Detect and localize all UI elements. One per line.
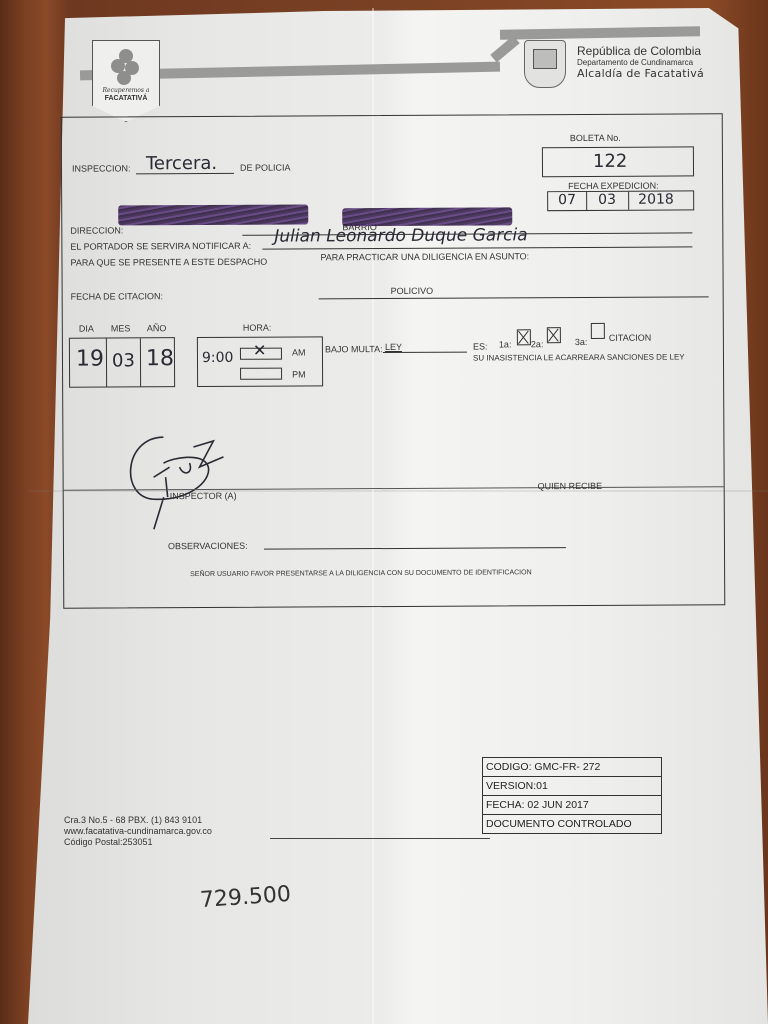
footer-address: Cra.3 No.5 - 68 PBX. (1) 843 9101 xyxy=(64,815,212,826)
boleta-number: 122 xyxy=(593,151,627,172)
inasistencia-warning: SU INASISTENCIA LE ACARREARA SANCIONES D… xyxy=(473,352,685,362)
pm-checkbox[interactable] xyxy=(240,368,282,380)
version-text: VERSION:01 xyxy=(483,777,661,796)
document-control-box: CODIGO: GMC-FR- 272 VERSION:01 FECHA: 02… xyxy=(482,757,662,834)
citation-form: BOLETA No. 122 FECHA EXPEDICION: 07 03 2… xyxy=(61,113,726,608)
government-header: República de Colombia Departamento de Cu… xyxy=(577,44,704,80)
citacion-month: 03 xyxy=(112,350,135,371)
am-label: AM xyxy=(292,347,306,357)
boleta-label: BOLETA No. xyxy=(570,133,621,143)
dia-label: DIA xyxy=(79,324,94,334)
direccion-label: DIRECCION: xyxy=(70,225,123,235)
pm-label: PM xyxy=(292,369,306,379)
footer-contact: Cra.3 No.5 - 68 PBX. (1) 843 9101 www.fa… xyxy=(64,815,212,848)
aviso-documento: SEÑOR USUARIO FAVOR PRESENTARSE A LA DIL… xyxy=(190,569,532,578)
am-checkbox[interactable]: ✕ xyxy=(240,348,282,360)
citacion-year: 18 xyxy=(146,346,174,371)
footer-divider xyxy=(270,838,490,839)
fecha-citacion-label: FECHA DE CITACION: xyxy=(71,291,163,301)
fecha-text: FECHA: 02 JUN 2017 xyxy=(483,796,661,815)
anio-label: AÑO xyxy=(147,323,167,333)
quien-recibe-label: QUIEN RECIBE xyxy=(538,481,603,491)
presente-label: PARA QUE SE PRESENTE A ESTE DESPACHO xyxy=(70,257,267,268)
inspeccion-value: Tercera. xyxy=(146,153,217,174)
redacted-direccion xyxy=(118,204,308,225)
municipality-name: Alcaldía de Facatativá xyxy=(577,67,704,80)
fecha-expedicion-box: 07 03 2018 xyxy=(547,190,694,211)
mes-label: MES xyxy=(111,323,131,333)
fecha-citacion-box: 19 03 18 xyxy=(69,337,175,388)
segunda-checkbox[interactable] xyxy=(547,327,561,343)
inspeccion-label: INSPECCION: xyxy=(72,163,131,173)
hora-label: HORA: xyxy=(243,323,272,333)
logo-emblem-icon xyxy=(111,49,141,85)
fecha-exp-month: 03 xyxy=(598,192,616,208)
segunda-label: 2a: xyxy=(531,339,544,349)
diligencia-label: PARA PRACTICAR UNA DILIGENCIA EN ASUNTO: xyxy=(320,251,529,262)
department-name: Departamento de Cundinamarca xyxy=(577,58,704,67)
primera-checkbox[interactable] xyxy=(517,329,531,345)
asunto-value: POLICIVO xyxy=(391,286,434,296)
logo-name: FACATATIVÁ xyxy=(95,95,157,102)
redacted-barrio xyxy=(342,207,512,226)
portador-name: Julian Leonardo Duque Garcia xyxy=(274,225,527,246)
am-check-mark: ✕ xyxy=(253,341,267,360)
inspector-label: INSPECTOR (A) xyxy=(170,491,237,501)
observaciones-label: OBSERVACIONES: xyxy=(168,541,248,551)
fecha-expedicion-label: FECHA EXPEDICION: xyxy=(568,181,659,191)
tercera-checkbox[interactable] xyxy=(591,323,605,339)
tercera-label: 3a: xyxy=(575,337,588,347)
de-policia-label: DE POLICIA xyxy=(240,163,291,173)
footer-website: www.facatativa-cundinamarca.gov.co xyxy=(64,826,212,837)
citacion-label: CITACION xyxy=(609,333,651,343)
hora-value: 9:00 xyxy=(202,350,234,366)
footer-postal: Código Postal:253051 xyxy=(64,837,212,848)
estado-text: DOCUMENTO CONTROLADO xyxy=(483,815,661,833)
facatativa-logo: Recuperemos a FACATATIVÁ xyxy=(92,40,160,122)
codigo-text: CODIGO: GMC-FR- 272 xyxy=(483,758,661,777)
primera-label: 1a: xyxy=(499,339,512,349)
portador-label: EL PORTADOR SE SERVIRA NOTIFICAR A: xyxy=(70,241,251,252)
logo-slogan: Recuperemos a xyxy=(95,87,157,94)
coat-of-arms-icon xyxy=(524,40,566,88)
es-label: ES: xyxy=(473,342,488,352)
inspector-signature xyxy=(123,417,264,538)
boleta-box: 122 xyxy=(542,146,694,177)
country-name: República de Colombia xyxy=(577,44,704,58)
fecha-exp-year: 2018 xyxy=(638,192,674,208)
hora-box: 9:00 ✕ AM PM xyxy=(197,336,323,387)
bajo-multa-value: LEY xyxy=(385,342,402,352)
citacion-day: 19 xyxy=(76,347,104,372)
fecha-exp-day: 07 xyxy=(558,192,576,208)
bajo-multa-label: BAJO MULTA: xyxy=(325,344,383,354)
